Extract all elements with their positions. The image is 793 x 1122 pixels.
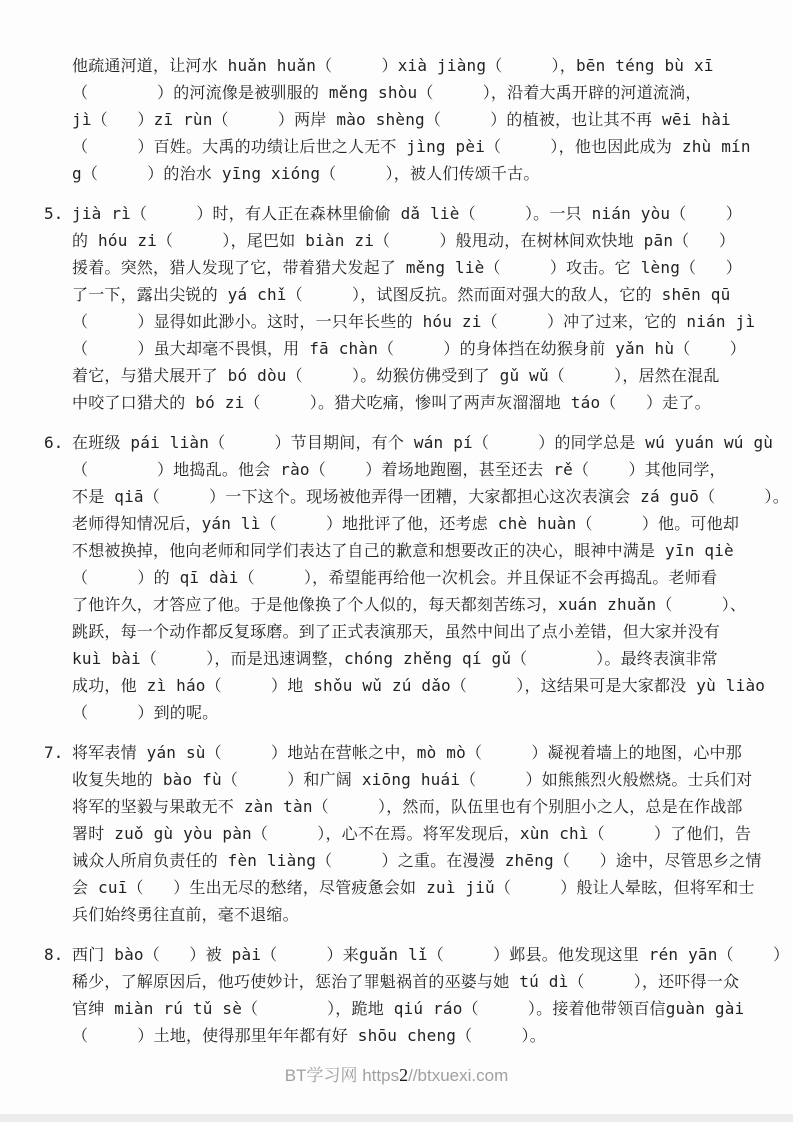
- worksheet-page: 他疏通河道，让河水 huǎn huǎn（ ）xià jiàng（ ），bēn t…: [0, 0, 793, 1122]
- page-footer: BT学习网 https2//btxuexi.com: [0, 1062, 793, 1089]
- text-line: 稀少，了解原因后，他巧使妙计，惩治了罪魁祸首的巫婆与她 tú dì（ ），还吓得…: [72, 968, 762, 995]
- text-line: 不想被换掉，他向老师和同学们表达了自己的歉意和想要改正的决心，眼神中满是 yīn…: [72, 537, 762, 564]
- page-number: 2: [399, 1065, 408, 1085]
- text-line: 西门 bào（ ）被 pài（ ）来guǎn lǐ（ ）邺县。他发现这里 rén…: [72, 941, 762, 968]
- text-line: 会 cuī（ ）生出无尽的愁绪，尽管疲惫会如 zuì jiǔ（ ）般让人晕眩，但…: [72, 874, 762, 901]
- text-line: 将军表情 yán sù（ ）地站在营帐之中，mò mò（ ）凝视着墙上的地图，心…: [72, 739, 762, 766]
- worksheet-content: 他疏通河道，让河水 huǎn huǎn（ ）xià jiàng（ ），bēn t…: [72, 52, 762, 1049]
- text-line: （ ）显得如此渺小。这时，一只年长些的 hóu zi（ ）冲了过来，它的 niá…: [72, 308, 762, 335]
- text-line: 兵们始终勇往直前，毫不退缩。: [72, 901, 762, 928]
- text-line: 将军的坚毅与果敢无不 zàn tàn（ ），然而，队伍里也有个别胆小之人，总是在…: [72, 793, 762, 820]
- text-line: 官绅 miàn rú tǔ sè（ ），跪地 qiú ráo（ ）。接着他带领百…: [72, 995, 762, 1022]
- text-line: 收复失地的 bào fù（ ）和广阔 xiōng huái（ ）如熊熊烈火般燃烧…: [72, 766, 762, 793]
- watermark-text: BT学习网 https: [285, 1066, 399, 1085]
- text-line: 着它，与猎犬展开了 bó dòu（ ）。幼猴仿佛受到了 gǔ wǔ（ ），居然在…: [72, 362, 762, 389]
- text-line: 诫众人所肩负责任的 fèn liàng（ ）之重。在漫漫 zhēng（ ）途中，…: [72, 847, 762, 874]
- text-line: 在班级 pái liàn（ ）节目期间，有个 wán pí（ ）的同学总是 wú…: [72, 429, 762, 456]
- text-line: （ ）百姓。大禹的功绩让后世之人无不 jìng pèi（ ），他也因此成为 zh…: [72, 133, 762, 160]
- text-line: jià rì（ ）时，有人正在森林里偷偷 dǎ liè（ ）。一只 nián y…: [72, 200, 762, 227]
- text-line: 老师得知情况后，yán lì（ ）地批评了他，还考虑 chè huàn（ ）他。…: [72, 510, 762, 537]
- text-line: kuì bài（ ），而是迅速调整，chóng zhěng qí gǔ（ ）。最…: [72, 645, 762, 672]
- text-line: jì（ ）zī rùn（ ）两岸 mào shèng（ ）的植被，也让其不再 w…: [72, 106, 762, 133]
- text-line: 成功，他 zì háo（ ）地 shǒu wǔ zú dǎo（ ），这结果可是大…: [72, 672, 762, 699]
- exercise-item-7: 7. 将军表情 yán sù（ ）地站在营帐之中，mò mò（ ）凝视着墙上的地…: [72, 739, 762, 928]
- text-line: 跳跃，每一个动作都反复琢磨。到了正式表演那天，虽然中间出了点小差错，但大家并没有: [72, 618, 762, 645]
- exercise-item-8: 8. 西门 bào（ ）被 pài（ ）来guǎn lǐ（ ）邺县。他发现这里 …: [72, 941, 762, 1049]
- text-line: 援着。突然，猎人发现了它，带着猎犬发起了 měng liè（ ）攻击。它 lèn…: [72, 254, 762, 281]
- text-line: （ ）土地，使得那里年年都有好 shōu cheng（ ）。: [72, 1022, 762, 1049]
- item-number: 7.: [44, 739, 63, 766]
- page-bottom-edge: [0, 1114, 793, 1122]
- text-line: 了一下，露出尖锐的 yá chǐ（ ），试图反抗。然而面对强大的敌人，它的 sh…: [72, 281, 762, 308]
- item-number: 8.: [44, 941, 63, 968]
- item-number: 6.: [44, 429, 63, 456]
- text-line: 不是 qiā（ ）一下这个。现场被他弄得一团糟，大家都担心这次表演会 zá gu…: [72, 483, 762, 510]
- text-line: （ ）的河流像是被驯服的 měng shòu（ ），沿着大禹开辟的河道流淌，: [72, 79, 762, 106]
- text-line: （ ）虽大却毫不畏惧，用 fā chàn（ ）的身体挡在幼猴身前 yǎn hù（…: [72, 335, 762, 362]
- paragraph-intro: 他疏通河道，让河水 huǎn huǎn（ ）xià jiàng（ ），bēn t…: [72, 52, 762, 187]
- text-line: 署时 zuǒ gù yòu pàn（ ），心不在焉。将军发现后，xùn chì（…: [72, 820, 762, 847]
- item-number: 5.: [44, 200, 63, 227]
- text-line: （ ）到的呢。: [72, 699, 762, 726]
- text-line: 他疏通河道，让河水 huǎn huǎn（ ）xià jiàng（ ），bēn t…: [72, 52, 762, 79]
- exercise-item-6: 6. 在班级 pái liàn（ ）节目期间，有个 wán pí（ ）的同学总是…: [72, 429, 762, 726]
- text-line: 中咬了口猎犬的 bó zi（ ）。猎犬吃痛，惨叫了两声灰溜溜地 táo（ ）走了…: [72, 389, 762, 416]
- text-line: 的 hóu zi（ ），尾巴如 biàn zi（ ）般甩动，在树林间欢快地 pā…: [72, 227, 762, 254]
- exercise-item-5: 5. jià rì（ ）时，有人正在森林里偷偷 dǎ liè（ ）。一只 niá…: [72, 200, 762, 416]
- text-line: （ ）的 qī dài（ ），希望能再给他一次机会。并且保证不会再捣乱。老师看: [72, 564, 762, 591]
- text-line: 了他许久，才答应了他。于是他像换了个人似的，每天都刻苦练习，xuán zhuǎn…: [72, 591, 762, 618]
- watermark-text: //btxuexi.com: [408, 1066, 508, 1085]
- text-line: （ ）地捣乱。他会 rào（ ）着场地跑圈，甚至还去 rě（ ）其他同学，: [72, 456, 762, 483]
- text-line: g（ ）的治水 yīng xióng（ ），被人们传颂千古。: [72, 160, 762, 187]
